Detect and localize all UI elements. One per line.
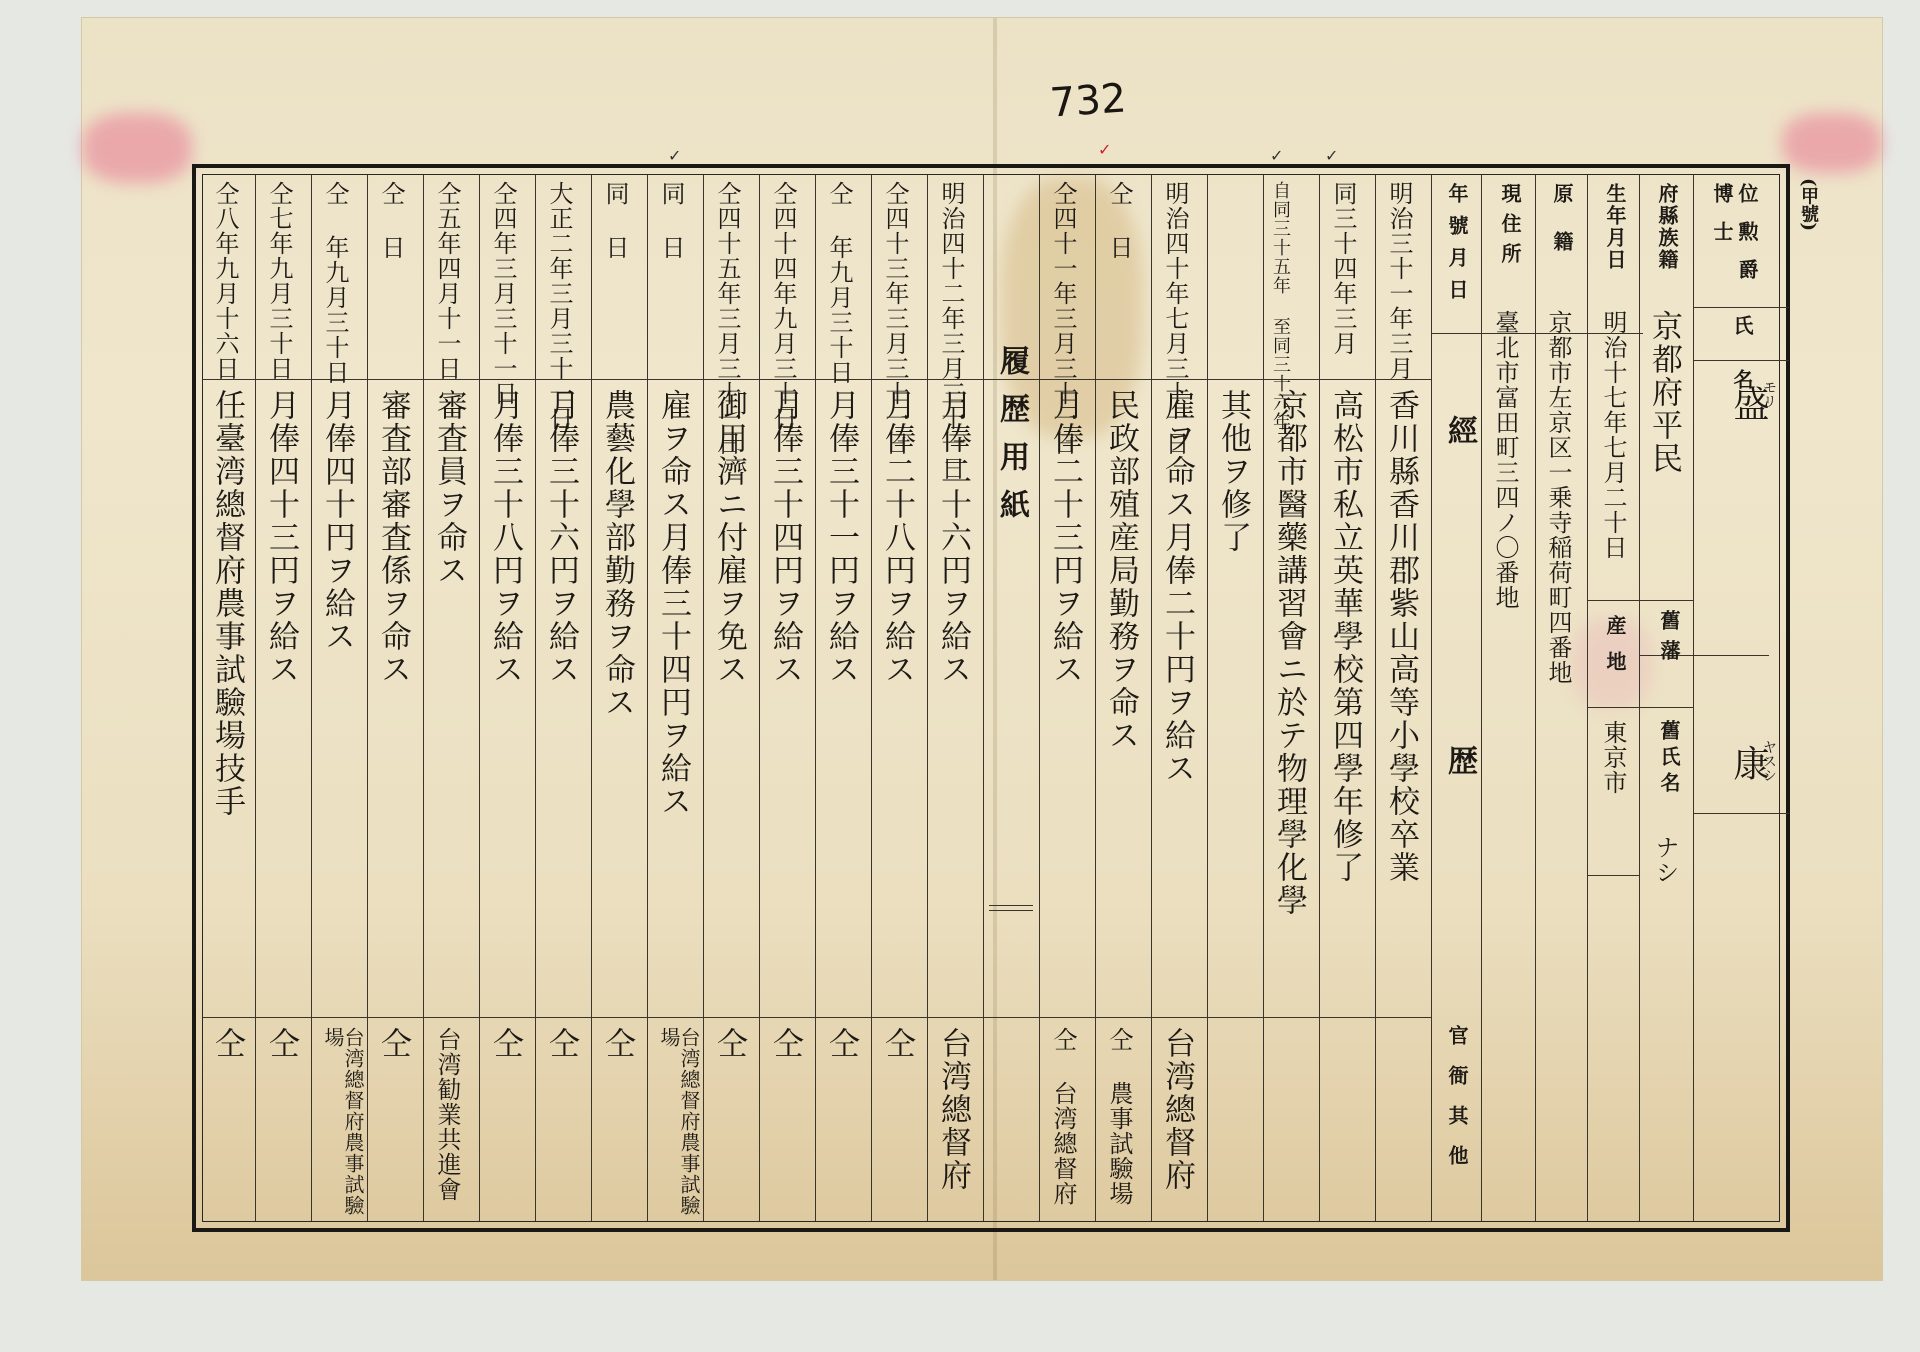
history-event: 審査部審査係ヲ命ス [377, 389, 408, 686]
history-event: 民政部殖産局勤務ヲ命ス [1105, 389, 1136, 752]
history-event: 月俸四十円ヲ給ス [321, 389, 352, 653]
date-column-header: 年號月日 [1443, 183, 1472, 311]
history-date: 仝 日 [1107, 181, 1131, 260]
surname-reading: モリ [1759, 380, 1779, 408]
resume-form-frame: 位勲爵 博士 府縣族籍 京都府平民 舊藩 舊氏名 ナシ 氏名 盛 モリ 康 ヤス… [192, 164, 1790, 1232]
domicile-label: 原籍 [1548, 183, 1577, 279]
address-value: 臺北市富田町三四ノ〇番地 [1493, 310, 1517, 610]
birthplace-value: 東京市 [1601, 720, 1625, 795]
history-date: 仝八年九月十六日 [213, 181, 237, 381]
degree-label: 博士 [1708, 183, 1737, 259]
history-event: 農藝化學部勤務ヲ命ス [601, 389, 632, 719]
form-title: 履歴用紙 [989, 345, 1033, 537]
history-date: 仝 日 [379, 181, 403, 260]
history-office: 仝 [713, 1027, 744, 1060]
history-date: 仝四年三月三十一日 [491, 181, 515, 406]
history-date: 仝 年九月三十日 [827, 181, 851, 385]
birth-date-label: 生年月日 [1601, 183, 1630, 271]
history-event: 高松市私立英華學校第四學年修了 [1329, 389, 1360, 884]
history-event: 雇ヲ命ス月俸三十四円ヲ給ス [657, 389, 688, 818]
pink-stain-left [82, 113, 192, 183]
form-type-label: (甲號) [1795, 178, 1821, 231]
history-event: 月俸三十一円ヲ給ス [825, 389, 856, 686]
history-event: 任臺湾總督府農事試驗場技手 [211, 389, 242, 818]
history-office: 台湾總督府農事試驗場 [323, 1027, 363, 1221]
history-event: 香川縣香川郡紫山高等小學校卒業 [1385, 389, 1416, 884]
address-label: 現住所 [1496, 183, 1525, 273]
history-event: 其他ヲ修了 [1217, 389, 1248, 554]
domicile-value: 京都市左京区一乗寺稲荷町四番地 [1546, 310, 1570, 685]
history-office: 仝 [377, 1027, 408, 1060]
history-date: 仝 年九月三十日 [323, 181, 347, 385]
history-event: 月俸三十六円ヲ給ス [545, 389, 576, 686]
history-office: 仝 [545, 1027, 576, 1060]
history-office: 仝 [881, 1027, 912, 1060]
check-mark: ✓ [1270, 146, 1283, 165]
history-event: 審査員ヲ命ス [433, 389, 464, 587]
office-column-header: 官衙其他 [1443, 1025, 1472, 1185]
former-name-label: 舊氏名 [1655, 720, 1684, 798]
history-date: 同 日 [603, 181, 627, 260]
former-name-value: ナシ [1653, 835, 1677, 885]
prefecture-class-label: 府縣族籍 [1653, 183, 1682, 271]
prefecture-class-value: 京都府平民 [1648, 310, 1679, 475]
history-office: 台湾總督府 [937, 1027, 968, 1192]
history-office: 仝 [265, 1027, 296, 1060]
check-mark: ✓ [668, 146, 681, 165]
history-event: 雇ヲ命ス月俸二十円ヲ給ス [1161, 389, 1192, 785]
history-office: 仝 [825, 1027, 856, 1060]
history-office: 仝 農事試驗場 [1107, 1027, 1131, 1206]
birthplace-label: 産地 [1601, 615, 1630, 687]
history-office: 台湾總督府 [1161, 1027, 1192, 1192]
history-event: 月俸二十八円ヲ給ス [881, 389, 912, 686]
history-date: 明治三十一年三月 [1387, 181, 1411, 381]
history-event: 月俸二十三円ヲ給ス [1049, 389, 1080, 686]
history-office: 仝 [211, 1027, 242, 1060]
history-event: 月俸四十三円ヲ給ス [265, 389, 296, 686]
check-mark-red: ✓ [1098, 140, 1111, 159]
history-event: 京都市醫藥講習會ニ於テ物理學化學 [1273, 389, 1304, 917]
birth-date-value: 明治十七年七月二十日 [1601, 310, 1625, 560]
history-event: 月俸三十八円ヲ給ス [489, 389, 520, 686]
history-event: 月俸二十六円ヲ給ス [937, 389, 968, 686]
history-event: 御用濟ニ付雇ヲ免ス [713, 389, 744, 686]
history-office: 台湾總督府農事試驗場 [659, 1027, 699, 1221]
page-number: 732 [1048, 75, 1127, 126]
resume-form-inner: 位勲爵 博士 府縣族籍 京都府平民 舊藩 舊氏名 ナシ 氏名 盛 モリ 康 ヤス… [202, 174, 1780, 1222]
history-office: 仝 [769, 1027, 800, 1060]
history-column-header: 經歴 [1437, 415, 1481, 1075]
history-date: 仝七年九月三十日 [267, 181, 291, 381]
former-domain-label: 舊藩 [1655, 610, 1684, 670]
given-name-reading: ヤスシ [1759, 740, 1779, 782]
history-date: 同三十四年三月 [1331, 181, 1355, 356]
history-office: 仝 [601, 1027, 632, 1060]
history-office: 仝 [489, 1027, 520, 1060]
history-office: 台湾勧業共進會 [435, 1027, 459, 1202]
history-date: 仝五年四月十一日 [435, 181, 459, 381]
rank-label: 位勲爵 [1733, 183, 1762, 297]
pink-stain-right [1782, 113, 1882, 173]
history-date: 同 日 [659, 181, 683, 260]
history-office: 仝 台湾總督府 [1051, 1027, 1075, 1206]
history-event: 月俸三十四円ヲ給ス [769, 389, 800, 686]
check-mark: ✓ [1325, 146, 1338, 165]
